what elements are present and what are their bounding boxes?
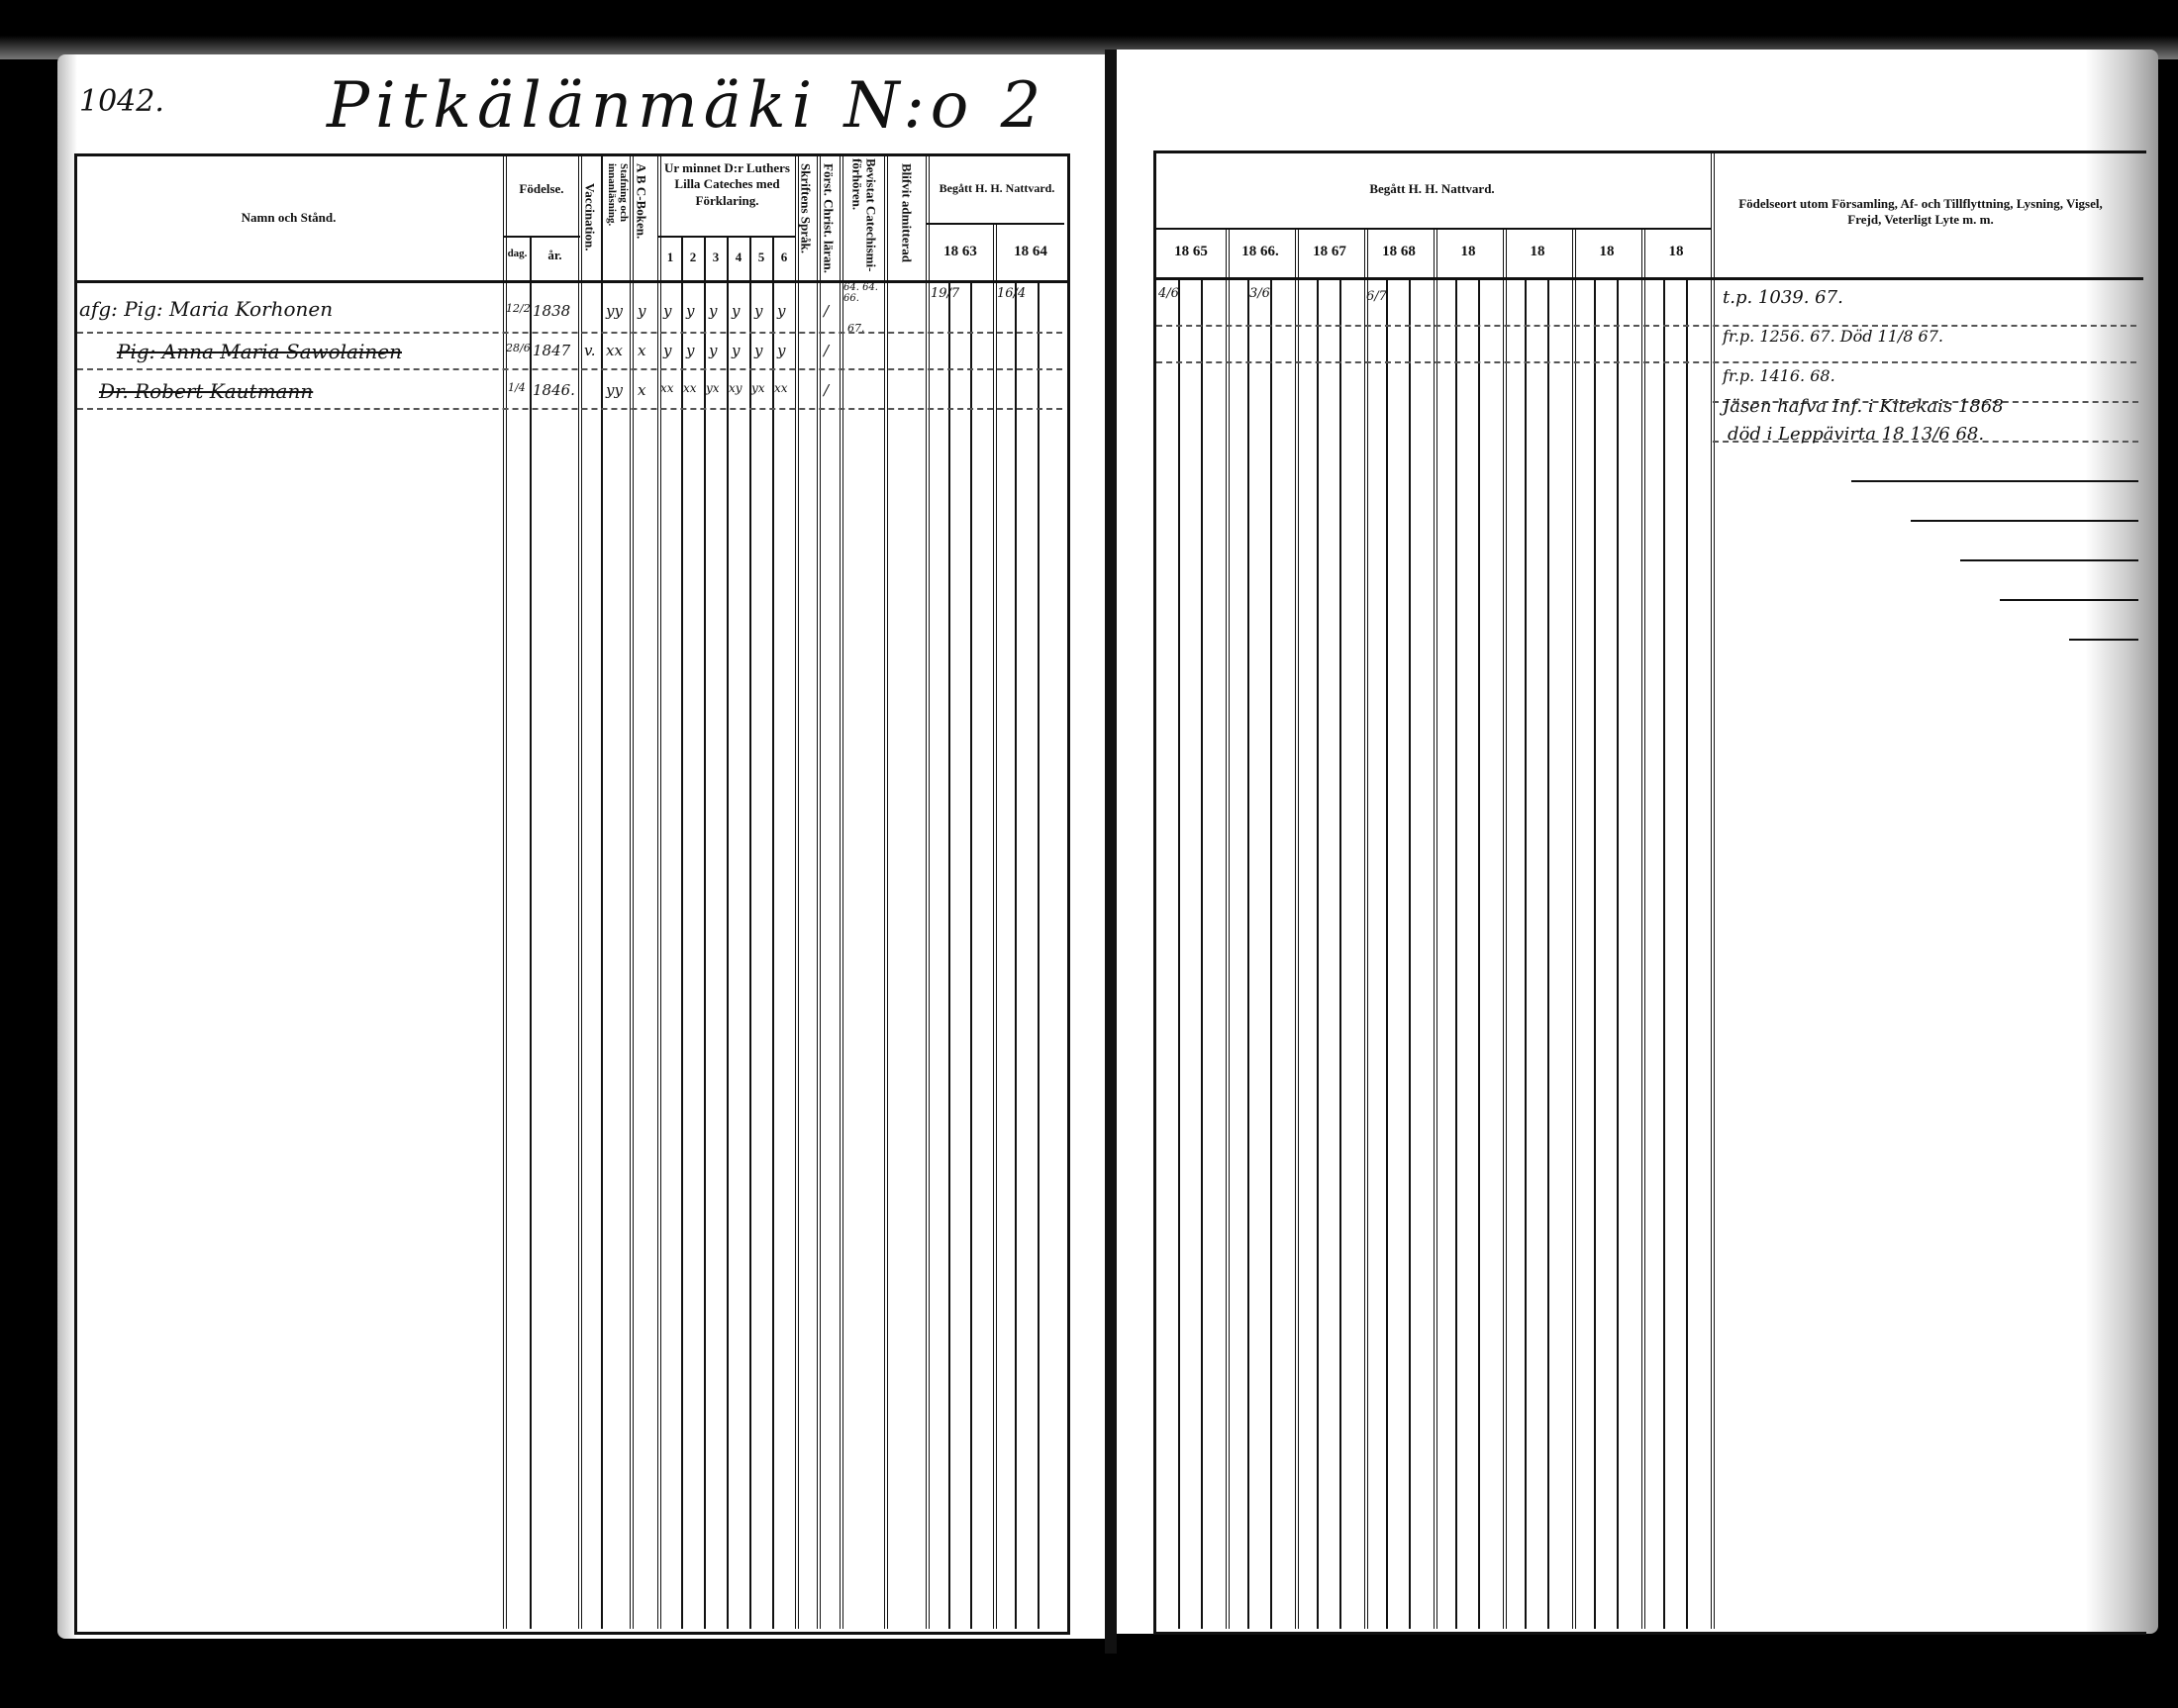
- row-1-cat-1: y: [663, 302, 671, 320]
- col-rule: [1663, 277, 1665, 1629]
- row-2-note: fr.p. 1256. 67. Död 11/8 67.: [1723, 327, 1943, 346]
- col-rule: [1711, 151, 1717, 1629]
- row-3-day: 1/4: [508, 381, 526, 394]
- col-rule: [1339, 277, 1341, 1629]
- col-rule: [1386, 277, 1388, 1629]
- row-2-christian: /: [824, 342, 829, 359]
- col-rule: [749, 236, 751, 1629]
- col-rule: [1434, 228, 1439, 1629]
- col-rule: [630, 153, 636, 1629]
- row-1-reading: yy: [606, 302, 623, 320]
- col-rule: [817, 153, 823, 1629]
- row-rule: [77, 332, 1062, 334]
- header-attended: Bevistat Catechismi-förhören.: [849, 158, 878, 277]
- row-2-cat-6: y: [777, 342, 785, 359]
- col-rule: [1686, 277, 1688, 1629]
- row-1-name: afg: Pig: Maria Korhonen: [79, 297, 333, 321]
- row-2-cat-3: y: [709, 342, 717, 359]
- row-1-communion-1865: 4/6: [1158, 287, 1178, 301]
- col-rule: [530, 236, 532, 1629]
- col-rule: [601, 153, 603, 1629]
- header-communion-right: Begått H. H. Nattvard.: [1153, 181, 1711, 197]
- row-2-year: 1847: [533, 342, 570, 359]
- col-rule: [884, 153, 890, 1629]
- header-catechism-4: 4: [728, 250, 749, 265]
- right-register-table: [1153, 151, 2146, 1635]
- col-rule: [1270, 277, 1272, 1629]
- row-2-name: Pig: Anna Maria Sawolainen: [117, 340, 402, 363]
- left-header-bottom-rule: [74, 280, 1067, 283]
- row-rule: [1960, 559, 2138, 561]
- header-communion-left: Begått H. H. Nattvard.: [928, 181, 1066, 196]
- row-2-attended: 67.: [847, 322, 865, 335]
- communion-subheader-rule: [926, 223, 1064, 225]
- header-christian: Först. Christ. läran.: [821, 163, 835, 277]
- col-rule: [657, 153, 663, 1629]
- col-rule: [727, 236, 729, 1629]
- header-name: Namn och Stånd.: [74, 210, 503, 226]
- row-1-communion-1863: 19/7: [931, 287, 950, 301]
- row-3-cat-4: xy: [729, 381, 742, 395]
- header-abc: A B C-Boken.: [634, 163, 647, 272]
- header-reading: Stafning och innanläsning.: [606, 163, 630, 272]
- extra-note-1: Jäsen hafva Inf. i Kitekais 1868: [1723, 396, 2004, 417]
- header-birth-year: år.: [532, 248, 578, 263]
- header-birth-day: dag.: [505, 248, 530, 261]
- extra-note-2: död i Leppävirta 18 13/6 68.: [1728, 424, 1984, 445]
- header-notes: Födelseort utom Församling, Af- och Till…: [1728, 196, 2114, 229]
- col-rule: [1015, 280, 1017, 1629]
- row-1-cat-4: y: [732, 302, 740, 320]
- row-2-cat-2: y: [686, 342, 694, 359]
- row-3-year: 1846.: [533, 381, 575, 399]
- col-rule: [1409, 277, 1411, 1629]
- row-1-cat-3: y: [709, 302, 717, 320]
- row-2-communion-1868: 6/7: [1366, 290, 1386, 304]
- row-3-cat-5: yx: [751, 381, 765, 395]
- header-year-blank-4: 18: [1641, 243, 1711, 261]
- col-rule: [681, 236, 683, 1629]
- row-rule: [1911, 520, 2138, 522]
- col-rule: [1455, 277, 1457, 1629]
- col-rule: [704, 236, 706, 1629]
- right-header-bottom-rule: [1153, 277, 2143, 280]
- row-2-reading: xx: [606, 342, 623, 359]
- row-3-cat-1: xx: [660, 381, 674, 395]
- col-rule: [926, 153, 932, 1629]
- header-year-1866: 18 66.: [1226, 243, 1295, 261]
- row-rule: [1851, 480, 2138, 482]
- col-rule: [1247, 277, 1249, 1629]
- header-catechism-1: 1: [659, 250, 681, 265]
- header-scripture: Skriftens Språk.: [798, 163, 812, 277]
- row-1-christian: /: [824, 302, 829, 320]
- catechism-subheader-rule: [657, 236, 796, 238]
- col-rule: [772, 236, 774, 1629]
- row-3-name: Dr. Robert Kautmann: [99, 379, 313, 403]
- col-rule: [1295, 228, 1301, 1629]
- col-rule: [1364, 228, 1370, 1629]
- row-1-note: t.p. 1039. 67.: [1723, 287, 1843, 308]
- header-birth: Födelse.: [505, 181, 578, 197]
- row-rule: [77, 368, 1062, 370]
- row-2-vaccination: v.: [584, 342, 595, 359]
- col-rule: [1547, 277, 1549, 1629]
- row-1-abc: y: [638, 302, 645, 320]
- row-1-cat-5: y: [754, 302, 762, 320]
- header-catechism-5: 5: [750, 250, 772, 265]
- header-year-1867: 18 67: [1295, 243, 1364, 261]
- col-rule: [948, 280, 950, 1629]
- page-number: 1042.: [79, 84, 164, 119]
- row-1-attended: 64. 64. 66.: [843, 282, 881, 304]
- row-2-cat-5: y: [754, 342, 762, 359]
- place-title: Pitkälänmäki N:o 2: [327, 69, 1046, 143]
- row-2-cat-1: y: [663, 342, 671, 359]
- header-year-blank-1: 18: [1434, 243, 1503, 261]
- row-1-cat-2: y: [686, 302, 694, 320]
- col-rule: [578, 153, 584, 1629]
- row-1-communion-1864: 16/4: [997, 287, 1017, 301]
- col-rule: [1641, 228, 1647, 1629]
- row-3-cat-2: xx: [683, 381, 697, 395]
- col-rule: [1201, 277, 1203, 1629]
- header-vaccination: Vaccination.: [582, 183, 596, 277]
- col-rule: [1503, 228, 1509, 1629]
- row-1-communion-1866: 3/6: [1249, 287, 1269, 301]
- col-rule: [993, 223, 999, 1629]
- row-1-day: 12/2: [506, 302, 531, 315]
- header-catechism: Ur minnet D:r Luthers Lilla Cateches med…: [659, 160, 795, 209]
- row-2-day: 28/6: [506, 342, 531, 354]
- header-year-1865: 18 65: [1156, 243, 1226, 261]
- col-rule: [1478, 277, 1480, 1629]
- book-spine: [1105, 50, 1117, 1654]
- row-1-cat-6: y: [777, 302, 785, 320]
- row-3-abc: x: [638, 381, 645, 399]
- birth-subheader-rule: [503, 236, 580, 238]
- row-rule: [2069, 639, 2138, 641]
- col-rule: [1317, 277, 1319, 1629]
- row-1-year: 1838: [533, 302, 570, 320]
- row-2-abc: x: [638, 342, 645, 359]
- col-rule: [970, 280, 972, 1629]
- header-admitted: Blifvit admitterad: [899, 163, 913, 277]
- row-rule: [1156, 361, 2136, 363]
- row-3-note: fr.p. 1416. 68.: [1723, 366, 1835, 385]
- row-rule: [77, 408, 1062, 410]
- header-year-blank-2: 18: [1503, 243, 1572, 261]
- col-rule: [1525, 277, 1527, 1629]
- row-3-christian: /: [824, 381, 829, 399]
- header-catechism-3: 3: [705, 250, 727, 265]
- header-year-1863: 18 63: [928, 243, 993, 261]
- col-rule: [1617, 277, 1619, 1629]
- col-rule: [1572, 228, 1578, 1629]
- right-communion-subheader-rule: [1153, 228, 1711, 230]
- header-catechism-6: 6: [773, 250, 795, 265]
- header-year-1864: 18 64: [995, 243, 1066, 261]
- col-rule: [1226, 228, 1232, 1629]
- row-3-reading: yy: [606, 381, 623, 399]
- header-year-1868: 18 68: [1364, 243, 1434, 261]
- col-rule: [1038, 280, 1039, 1629]
- header-year-blank-3: 18: [1572, 243, 1641, 261]
- row-rule: [2000, 599, 2138, 601]
- row-rule: [1156, 325, 2136, 327]
- col-rule: [795, 153, 801, 1629]
- row-3-cat-3: yx: [706, 381, 720, 395]
- col-rule: [503, 153, 509, 1629]
- col-rule: [1594, 277, 1596, 1629]
- col-rule: [1178, 277, 1180, 1629]
- col-rule: [840, 153, 845, 1629]
- row-3-cat-6: xx: [774, 381, 788, 395]
- left-register-table: [74, 153, 1070, 1635]
- row-2-cat-4: y: [732, 342, 740, 359]
- header-catechism-2: 2: [682, 250, 704, 265]
